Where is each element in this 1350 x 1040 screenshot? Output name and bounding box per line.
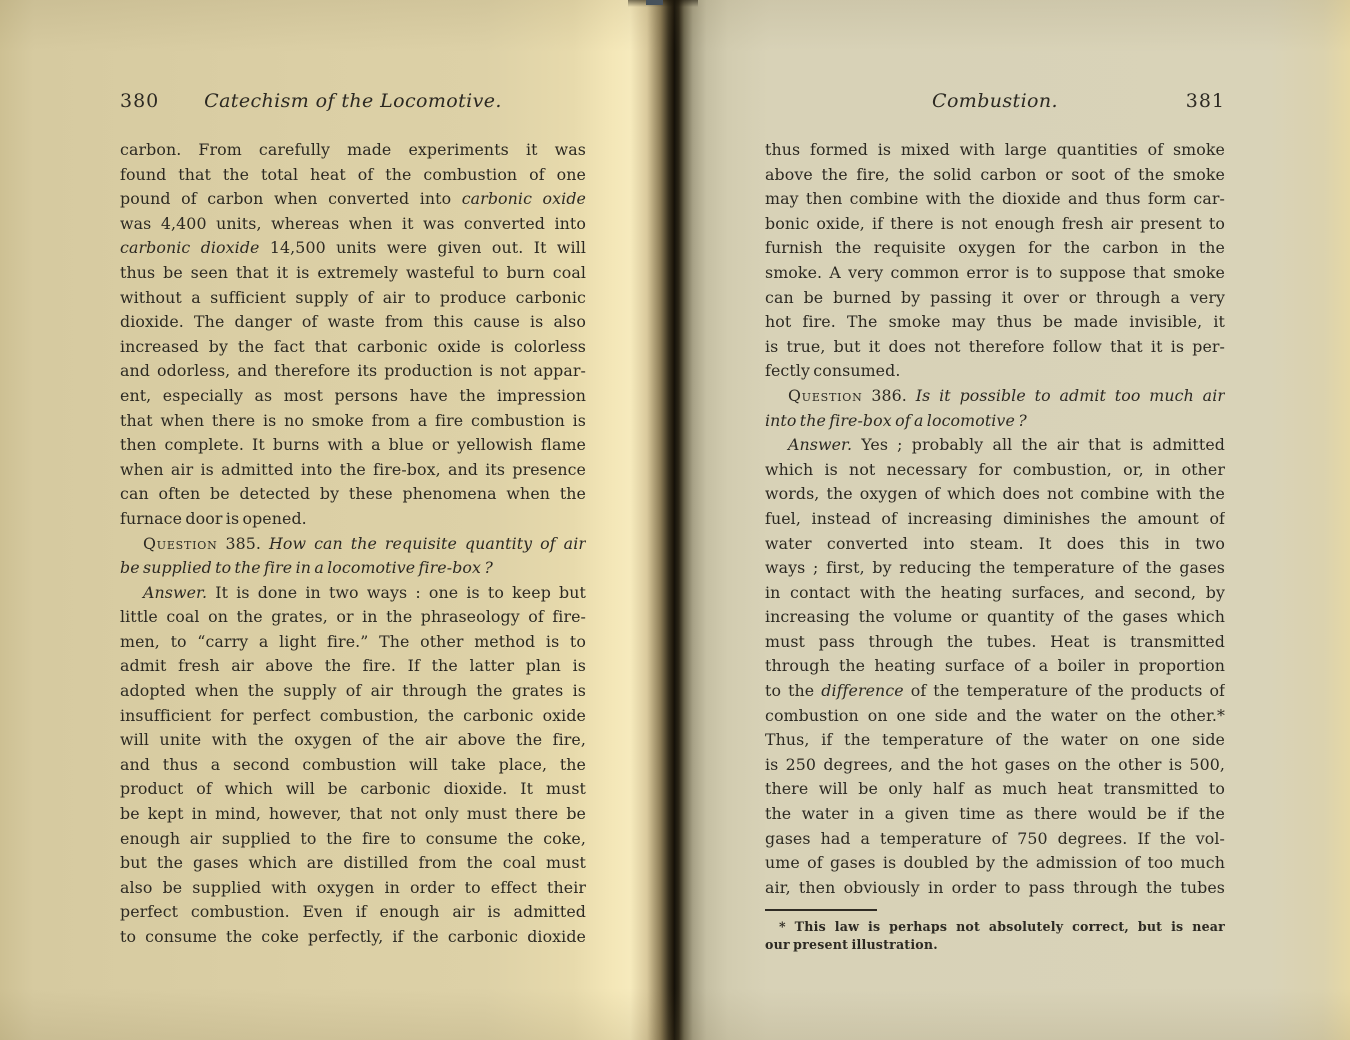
text-line: in contact with the heating surfaces, an… — [765, 581, 1225, 606]
text-line: furnish the requisite oxygen for the car… — [765, 236, 1225, 261]
footnote-line: * This law is perhaps not absolutely cor… — [765, 918, 1225, 936]
text-line: is true, but it does not therefore follo… — [765, 335, 1225, 360]
question-label: Question — [143, 534, 218, 553]
page-right: 381 Combustion. thus formed is mixed wit… — [674, 0, 1350, 1040]
text-line: is 250 degrees, and the hot gases on the… — [765, 753, 1225, 778]
left-page-header: 380 Catechism of the Locomotive. — [120, 86, 586, 116]
text-line: increased by the fact that carbonic oxid… — [120, 335, 586, 360]
text-line: combustion on one side and the water on … — [765, 704, 1225, 729]
left-running-title: Catechism of the Locomotive. — [120, 86, 586, 116]
right-text-column: 381 Combustion. thus formed is mixed wit… — [765, 86, 1225, 953]
text-line: and odorless, and therefore its producti… — [120, 359, 586, 384]
text-line: through the heating surface of a boiler … — [765, 654, 1225, 679]
text-line: perfect combustion. Even if enough air i… — [120, 900, 586, 925]
text-line: that when there is no smoke from a fire … — [120, 409, 586, 434]
text-line: Answer. Yes ; probably all the air that … — [765, 433, 1225, 458]
text-line: words, the oxygen of which does not comb… — [765, 482, 1225, 507]
text-line: be supplied to the fire in a locomotive … — [120, 556, 586, 581]
text-line: when air is admitted into the fire-box, … — [120, 458, 586, 483]
text-line: there will be only half as much heat tra… — [765, 777, 1225, 802]
text-line: carbon. From carefully made experiments … — [120, 138, 586, 163]
left-page-body: carbon. From carefully made experiments … — [120, 138, 586, 950]
text-line: dioxide. The danger of waste from this c… — [120, 310, 586, 335]
text-line: increasing the volume or quantity of the… — [765, 605, 1225, 630]
emphasis-text: Is it possible to admit too much air — [916, 386, 1225, 405]
text-line: bonic oxide, if there is not enough fres… — [765, 212, 1225, 237]
footnote-text: * This law is perhaps not absolutely cor… — [765, 918, 1225, 953]
text-line: carbonic dioxide 14,500 units were given… — [120, 236, 586, 261]
text-line: but the gases which are distilled from t… — [120, 851, 586, 876]
right-page-header: 381 Combustion. — [765, 86, 1225, 116]
footnote: * This law is perhaps not absolutely cor… — [765, 909, 1225, 953]
book-spread: 380 Catechism of the Locomotive. carbon.… — [0, 0, 1350, 1040]
text-line: be kept in mind, however, that not only … — [120, 802, 586, 827]
question-label: Question — [788, 386, 863, 405]
emphasis-text: be supplied to the fire in a locomotive … — [120, 558, 493, 577]
text-line: water converted into steam. It does this… — [765, 532, 1225, 557]
right-page-number: 381 — [1186, 86, 1225, 116]
page-left: 380 Catechism of the Locomotive. carbon.… — [0, 0, 674, 1040]
emphasis-text: difference — [821, 681, 903, 700]
text-line: thus formed is mixed with large quantiti… — [765, 138, 1225, 163]
left-page-number: 380 — [120, 86, 159, 116]
emphasis-text: into the fire-box of a locomotive ? — [765, 411, 1027, 430]
text-line: ume of gases is doubled by the admission… — [765, 851, 1225, 876]
text-line: must pass through the tubes. Heat is tra… — [765, 630, 1225, 655]
text-line: may then combine with the dioxide and th… — [765, 187, 1225, 212]
text-line: pound of carbon when converted into carb… — [120, 187, 586, 212]
emphasis-text: carbonic oxide — [462, 189, 586, 208]
text-line: thus be seen that it is extremely wastef… — [120, 261, 586, 286]
binding-shadow — [628, 0, 698, 7]
text-line: can often be detected by these phenomena… — [120, 482, 586, 507]
text-line: Thus, if the temperature of the water on… — [765, 728, 1225, 753]
footnote-rule — [765, 909, 877, 911]
footnote-line: our present illustration. — [765, 936, 1225, 954]
binding-edge — [646, 0, 663, 5]
text-line: the water in a given time as there would… — [765, 802, 1225, 827]
text-line: above the fire, the solid carbon or soot… — [765, 163, 1225, 188]
text-line: Question 385. How can the requisite quan… — [120, 532, 586, 557]
text-line: product of which will be carbonic dioxid… — [120, 777, 586, 802]
text-line: adopted when the supply of air through t… — [120, 679, 586, 704]
text-line: was 4,400 units, whereas when it was con… — [120, 212, 586, 237]
text-line: found that the total heat of the combust… — [120, 163, 586, 188]
text-line: smoke. A very common error is to suppose… — [765, 261, 1225, 286]
emphasis-text: carbonic dioxide — [120, 238, 260, 257]
text-line: enough air supplied to the fire to consu… — [120, 827, 586, 852]
text-line: men, to “carry a light fire.” The other … — [120, 630, 586, 655]
text-line: fectly consumed. — [765, 359, 1225, 384]
text-line: fuel, instead of increasing diminishes t… — [765, 507, 1225, 532]
text-line: ways ; first, by reducing the temperatur… — [765, 556, 1225, 581]
text-line: gases had a temperature of 750 degrees. … — [765, 827, 1225, 852]
right-page-body: thus formed is mixed with large quantiti… — [765, 138, 1225, 900]
text-line: hot fire. The smoke may thus be made inv… — [765, 310, 1225, 335]
right-running-title: Combustion. — [765, 86, 1225, 116]
left-text-column: 380 Catechism of the Locomotive. carbon.… — [120, 86, 586, 950]
text-line: admit fresh air above the fire. If the l… — [120, 654, 586, 679]
text-line: will unite with the oxygen of the air ab… — [120, 728, 586, 753]
text-line: which is not necessary for combustion, o… — [765, 458, 1225, 483]
text-line: furnace door is opened. — [120, 507, 586, 532]
emphasis-text: Answer. — [143, 583, 207, 602]
text-line: Question 386. Is it possible to admit to… — [765, 384, 1225, 409]
text-line: also be supplied with oxygen in order to… — [120, 876, 586, 901]
text-line: into the fire-box of a locomotive ? — [765, 409, 1225, 434]
text-line: little coal on the grates, or in the phr… — [120, 605, 586, 630]
text-line: to the difference of the temperature of … — [765, 679, 1225, 704]
text-line: then complete. It burns with a blue or y… — [120, 433, 586, 458]
text-line: and thus a second combustion will take p… — [120, 753, 586, 778]
emphasis-text: Answer. — [788, 435, 852, 454]
emphasis-text: How can the requisite quantity of air — [269, 534, 586, 553]
text-line: can be burned by passing it over or thro… — [765, 286, 1225, 311]
text-line: insufficient for perfect combustion, the… — [120, 704, 586, 729]
text-line: to consume the coke perfectly, if the ca… — [120, 925, 586, 950]
text-line: air, then obviously in order to pass thr… — [765, 876, 1225, 901]
text-line: ent, especially as most persons have the… — [120, 384, 586, 409]
text-line: without a sufficient supply of air to pr… — [120, 286, 586, 311]
text-line: Answer. It is done in two ways : one is … — [120, 581, 586, 606]
